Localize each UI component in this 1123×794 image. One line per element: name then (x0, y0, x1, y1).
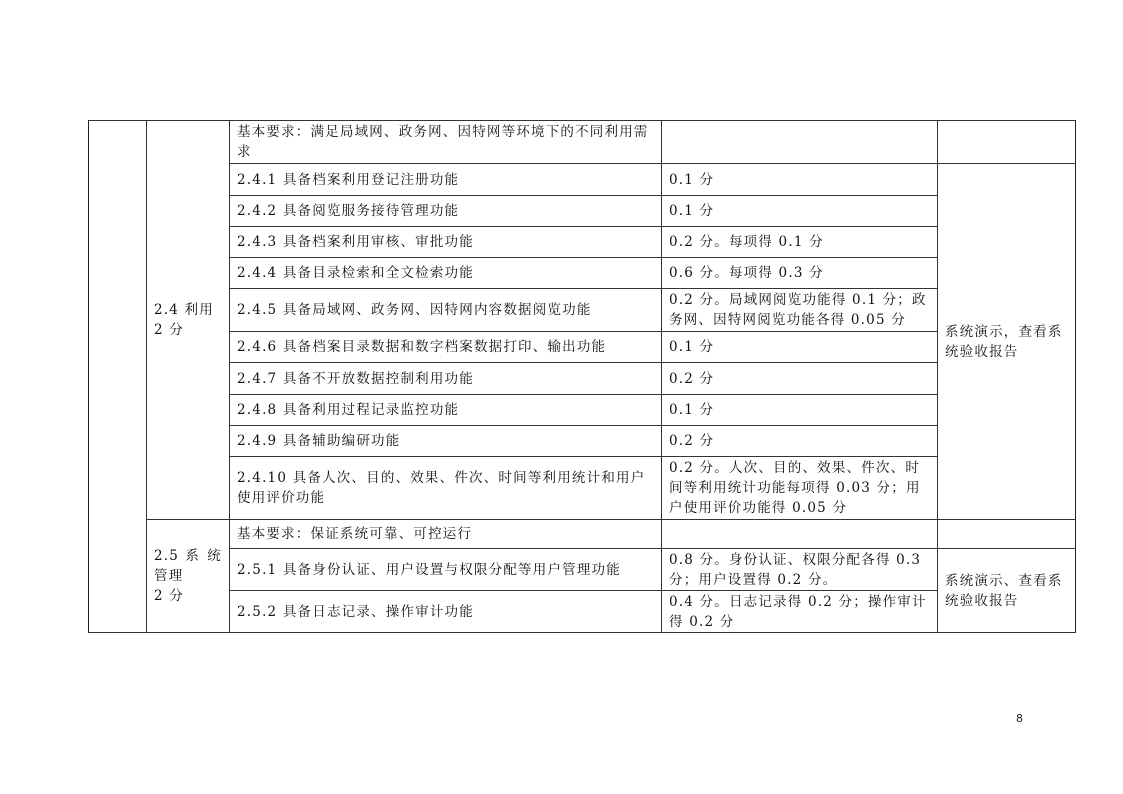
section-label-line: 管理 (154, 566, 222, 586)
item-cell: 2.4.4 具备目录检索和全文检索功能 (230, 258, 662, 289)
item-cell: 2.4.6 具备档案目录数据和数字档案数据打印、输出功能 (230, 332, 662, 363)
score-cell: 0.2 分 (662, 363, 938, 395)
table-row: 2.4.3 具备档案利用审核、审批功能 0.2 分。每项得 0.1 分 (89, 227, 1076, 258)
item-cell: 2.4.2 具备阅览服务接待管理功能 (230, 196, 662, 227)
table-row: 2.4 利用 2 分 基本要求：满足局域网、政务网、因特网等环境下的不同利用需求 (89, 121, 1076, 164)
table-row: 2.5.2 具备日志记录、操作审计功能 0.4 分。日志记录得 0.2 分；操作… (89, 591, 1076, 633)
verification-cell: 系统演示、查看系统验收报告 (938, 549, 1076, 633)
section-label-line: 2 分 (154, 320, 222, 340)
document-page: 2.4 利用 2 分 基本要求：满足局域网、政务网、因特网等环境下的不同利用需求… (0, 0, 1123, 794)
item-cell: 2.4.8 具备利用过程记录监控功能 (230, 395, 662, 426)
section-label-line: 2 分 (154, 586, 222, 606)
verification-cell (938, 121, 1076, 164)
verification-text: 系统演示、查看系统验收报告 (945, 573, 1063, 609)
score-cell: 0.1 分 (662, 395, 938, 426)
score-cell: 0.2 分。局域网阅览功能得 0.1 分；政务网、因特网阅览功能各得 0.05 … (662, 289, 938, 332)
section-label-2-4: 2.4 利用 2 分 (147, 121, 230, 520)
table-row: 2.4.7 具备不开放数据控制利用功能 0.2 分 (89, 363, 1076, 395)
table-row: 2.5 系 统 管理 2 分 基本要求：保证系统可靠、可控运行 (89, 520, 1076, 549)
section-label-2-5: 2.5 系 统 管理 2 分 (147, 520, 230, 633)
item-cell: 2.4.7 具备不开放数据控制利用功能 (230, 363, 662, 395)
basic-requirement-cell: 基本要求：满足局域网、政务网、因特网等环境下的不同利用需求 (230, 121, 662, 164)
table-row: 2.4.10 具备人次、目的、效果、件次、时间等利用统计和用户使用评价功能 0.… (89, 457, 1076, 520)
score-cell: 0.1 分 (662, 196, 938, 227)
table-row: 2.4.8 具备利用过程记录监控功能 0.1 分 (89, 395, 1076, 426)
table-row: 2.4.9 具备辅助编研功能 0.2 分 (89, 426, 1076, 457)
basic-requirement-cell: 基本要求：保证系统可靠、可控运行 (230, 520, 662, 549)
item-cell: 2.4.3 具备档案利用审核、审批功能 (230, 227, 662, 258)
verification-cell (938, 520, 1076, 549)
score-cell: 0.2 分 (662, 426, 938, 457)
page-number: 8 (1016, 712, 1023, 725)
table-row: 2.4.6 具备档案目录数据和数字档案数据打印、输出功能 0.1 分 (89, 332, 1076, 363)
section-label-line: 2.4 利用 (154, 300, 222, 320)
item-cell: 2.5.1 具备身份认证、用户设置与权限分配等用户管理功能 (230, 549, 662, 591)
table-row: 2.4.1 具备档案利用登记注册功能 0.1 分 系统演示，查看系统验收报告 (89, 164, 1076, 196)
verification-text: 系统演示，查看系统验收报告 (945, 324, 1063, 360)
section-label-line: 2.5 系 统 (154, 546, 222, 566)
table-row: 2.4.5 具备局域网、政务网、因特网内容数据阅览功能 0.2 分。局域网阅览功… (89, 289, 1076, 332)
verification-cell: 系统演示，查看系统验收报告 (938, 164, 1076, 520)
score-cell: 0.6 分。每项得 0.3 分 (662, 258, 938, 289)
item-cell: 2.4.10 具备人次、目的、效果、件次、时间等利用统计和用户使用评价功能 (230, 457, 662, 520)
score-cell: 0.8 分。身份认证、权限分配各得 0.3 分；用户设置得 0.2 分。 (662, 549, 938, 591)
item-cell: 2.5.2 具备日志记录、操作审计功能 (230, 591, 662, 633)
item-cell: 2.4.1 具备档案利用登记注册功能 (230, 164, 662, 196)
score-cell (662, 121, 938, 164)
basic-requirement-text: 基本要求：满足局域网、政务网、因特网等环境下的不同利用需求 (237, 124, 649, 160)
score-cell: 0.2 分。人次、目的、效果、件次、时间等利用统计功能每项得 0.03 分；用户… (662, 457, 938, 520)
item-cell: 2.4.9 具备辅助编研功能 (230, 426, 662, 457)
score-cell: 0.1 分 (662, 332, 938, 363)
score-cell (662, 520, 938, 549)
scoring-table: 2.4 利用 2 分 基本要求：满足局域网、政务网、因特网等环境下的不同利用需求… (88, 120, 1076, 633)
table-row: 2.4.2 具备阅览服务接待管理功能 0.1 分 (89, 196, 1076, 227)
table-row: 2.4.4 具备目录检索和全文检索功能 0.6 分。每项得 0.3 分 (89, 258, 1076, 289)
score-cell: 0.1 分 (662, 164, 938, 196)
item-cell: 2.4.5 具备局域网、政务网、因特网内容数据阅览功能 (230, 289, 662, 332)
category-cell (89, 121, 147, 633)
score-cell: 0.2 分。每项得 0.1 分 (662, 227, 938, 258)
score-cell: 0.4 分。日志记录得 0.2 分；操作审计得 0.2 分 (662, 591, 938, 633)
table-row: 2.5.1 具备身份认证、用户设置与权限分配等用户管理功能 0.8 分。身份认证… (89, 549, 1076, 591)
